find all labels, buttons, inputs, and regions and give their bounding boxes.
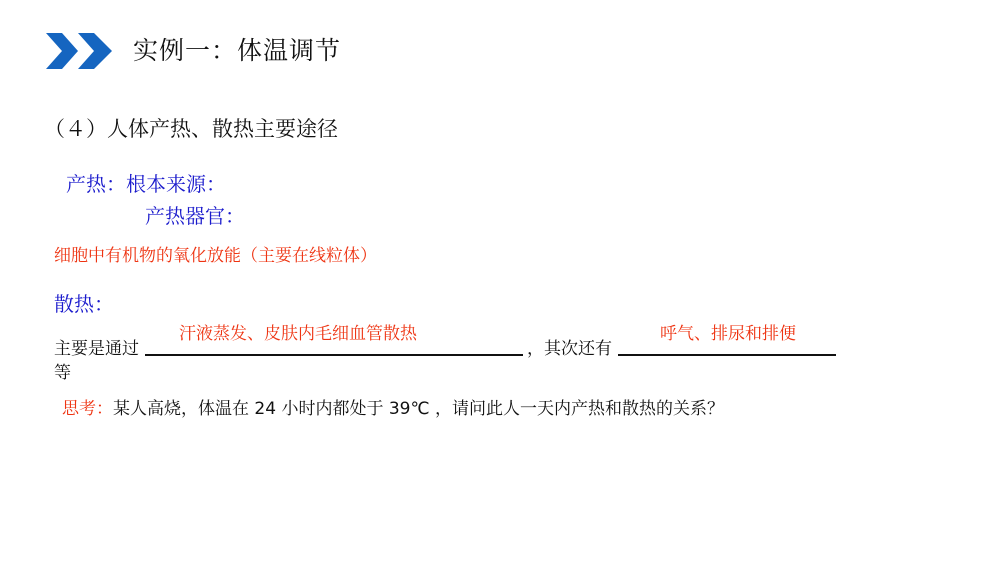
source-label: 根本来源： bbox=[126, 172, 226, 196]
other-dissipation-answer: 呼气、排尿和排便 bbox=[660, 322, 796, 346]
sentence-suffix: 等 bbox=[54, 361, 71, 385]
think-label: 思考： bbox=[62, 399, 113, 419]
think-question-line: 思考：某人高烧，体温在 24 小时内都处于 39℃ ，请问此人一天内产热和散热的… bbox=[62, 397, 724, 421]
section-subtitle: （４）人体产热、散热主要途径 bbox=[44, 114, 338, 144]
main-dissipation-answer: 汗液蒸发、皮肤内毛细血管散热 bbox=[179, 322, 417, 346]
think-question: 某人高烧，体温在 24 小时内都处于 39℃ ，请问此人一天内产热和散热的关系？ bbox=[113, 399, 724, 419]
sentence-middle: ，其次还有 bbox=[527, 339, 612, 359]
heat-dissipation-label: 散热： bbox=[54, 290, 114, 318]
heat-production-organ-label: 产热器官： bbox=[145, 202, 245, 230]
sentence-prefix: 主要是通过 bbox=[54, 339, 139, 359]
heat-production-label: 产热： bbox=[66, 172, 126, 196]
page-title: 实例一：体温调节 bbox=[133, 33, 341, 69]
double-chevron-right-icon bbox=[46, 33, 114, 69]
heat-production-source-line: 产热：根本来源： bbox=[66, 170, 226, 198]
source-answer: 细胞中有机物的氧化放能（主要在线粒体） bbox=[54, 244, 377, 268]
